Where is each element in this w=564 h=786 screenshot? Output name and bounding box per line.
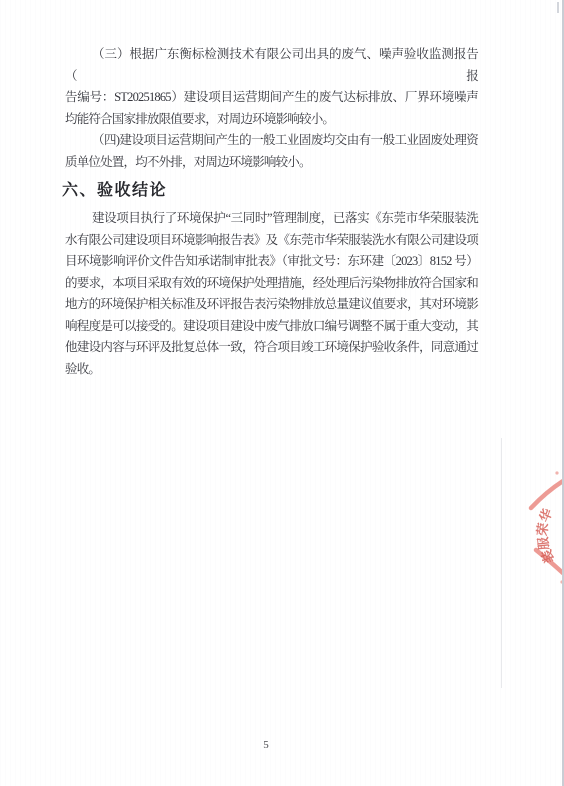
text-line: 水有限公司建设项目环境影响报告表》及《东莞市华荣服装洗水有限公司建设项 [65,230,478,252]
text-line: 地方的环境保护相关标准及环评报告表污染物排放总量建议值要求，其对环境影 [65,294,478,316]
document-body: （三）根据广东衡标检测技术有限公司出具的废气、噪声验收监测报告（报 告编号：ST… [65,44,478,380]
seal-character: 荣 [534,522,551,537]
scan-fold-artifact [501,438,502,688]
text-line: 建设项目执行了环境保护“三同时”管理制度，已落实《东莞市华荣服装洗 [65,208,478,230]
scanned-document-page: （三）根据广东衡标检测技术有限公司出具的废气、噪声验收监测报告（报 告编号：ST… [0,0,564,786]
seal-ink-speck [555,471,558,474]
page-number: 5 [252,739,280,751]
seal-character: 服 [535,535,551,550]
red-seal-stamp: 华 荣 服 装 [524,462,564,622]
text-line: 的要求，本项目采取有效的环境保护处理措施，经处理后污染物排放符合国家和 [65,273,478,295]
text-line: （三）根据广东衡标检测技术有限公司出具的废气、噪声验收监测报告（报 [65,44,478,87]
text-line: 质单位处置，均不外排，对周边环境影响较小。 [65,152,478,174]
text-line: 告编号：ST20251865）建设项目运营期间产生的废气达标排放、厂界环境噪声 [65,87,478,109]
text-line: （四)建设项目运营期间产生的一般工业固废均交由有一般工业固废处理资 [65,130,478,152]
seal-arc-top [531,481,563,508]
seal-characters: 华 荣 服 装 [534,506,557,564]
section-heading: 六、验收结论 [62,179,478,203]
scan-edge-mark [557,2,559,13]
text-line: 响程度是可以接受的。建设项目建设中废气排放口编号调整不属于重大变动，其 [65,316,478,338]
text-line: 均能符合国家排放限值要求，对周边环境影响较小。 [65,109,478,131]
text-line: 目环境影响评价文件告知承诺制审批表》（审批文号：东环建〔2023〕8152 号） [65,251,478,273]
text-line: 验收。 [65,359,478,381]
text-line: 他建设内容与环评及批复总体一致，符合项目竣工环境保护验收条件，同意通过 [65,337,478,359]
seal-character: 华 [536,506,555,524]
